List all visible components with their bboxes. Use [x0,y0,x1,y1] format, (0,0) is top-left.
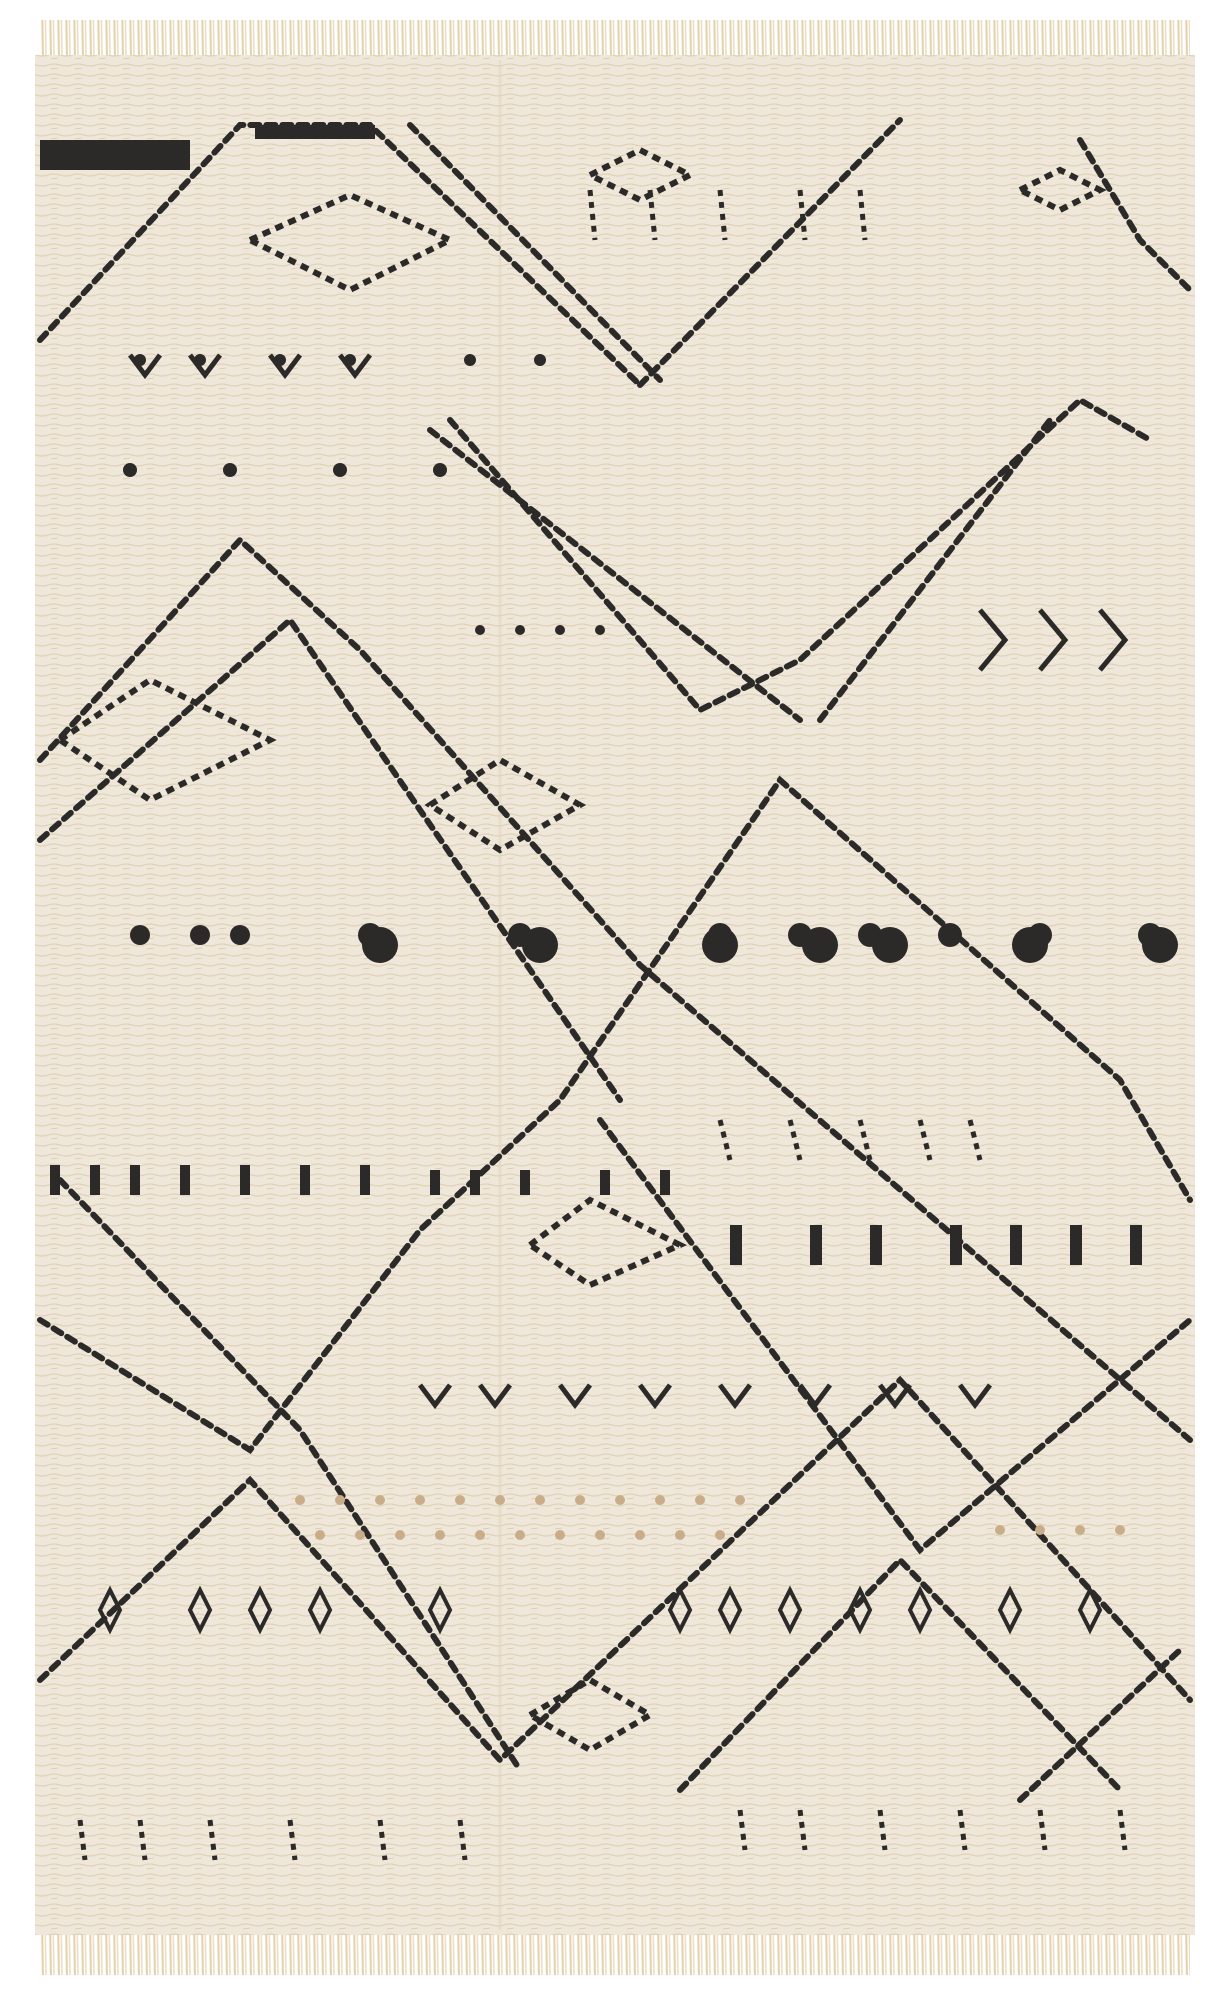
fringe-bottom [40,1930,1190,1975]
rug-photo [0,0,1231,2000]
rug-illustration [0,0,1231,2000]
